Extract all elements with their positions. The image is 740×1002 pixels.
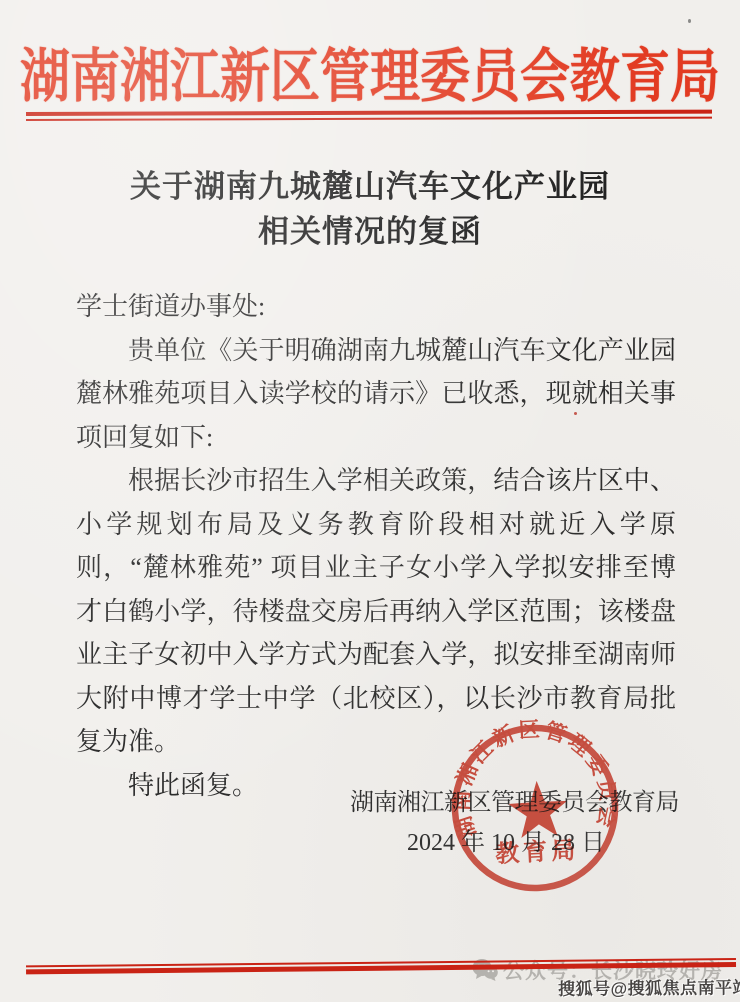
letterhead-divider	[26, 110, 712, 121]
scan-speck	[688, 19, 691, 23]
document-title-line2: 相关情况的复函	[0, 209, 740, 254]
letterhead-org-name: 湖南湘江新区管理委员会教育局	[0, 30, 740, 114]
document-title-line1: 关于湖南九城麓山汽车文化产业园	[0, 164, 740, 209]
document-title: 关于湖南九城麓山汽车文化产业园 相关情况的复函	[0, 164, 740, 254]
scanned-official-letter: 湖南湘江新区管理委员会教育局 关于湖南九城麓山汽车文化产业园 相关情况的复函 学…	[0, 0, 740, 1002]
dark-watermark-text: 搜狐号@搜狐焦点南平站	[558, 978, 740, 999]
paragraph-1: 贵单位《关于明确湖南九城麓山汽车文化产业园麓林雅苑项目入读学校的请示》已收悉，现…	[76, 329, 676, 460]
dark-watermark: 搜狐号@搜狐焦点南平站	[558, 973, 740, 1000]
star-icon	[507, 779, 569, 838]
seal-bottom-text: 教育局	[495, 836, 580, 868]
official-seal: 湖南湘江新区管理委员会 教育局	[441, 714, 628, 901]
salutation: 学士街道办事处:	[76, 285, 676, 329]
scan-speck	[574, 412, 577, 415]
